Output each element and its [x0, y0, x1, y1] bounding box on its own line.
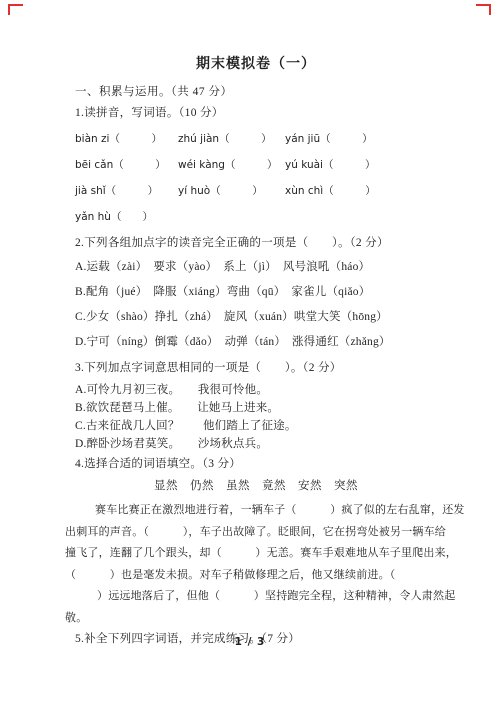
passage-line: 撞飞了，连翻了几个跟头，却（ ）无恙。赛车手艰难地从车子里爬出来， [65, 543, 439, 565]
passage-line: ）远远地落后了，但他（ ）坚持跑完全程，这种精神，令人肃然起 [65, 586, 439, 608]
passage-line: （ ）也是毫发未损。对车子稍做修理之后，他又继续前进。（ [65, 565, 439, 587]
pinyin-blank: jià shǐ（ ） [75, 184, 178, 198]
crop-mark-top-right-icon [476, 4, 491, 15]
question-3-option-d: D.醉卧沙场君莫笑。 沙场秋点兵。 [75, 437, 437, 451]
question-2-heading: 2.下列各组加点字的读音完全正确的一项是（ ）。（2 分） [75, 236, 437, 250]
question-3-heading: 3.下列加点字词意思相同的一项是（ ）。（2 分） [75, 361, 437, 375]
pinyin-blank: yí huò（ ） [178, 184, 285, 198]
question-2-option-a: A.运载（zài） 要求（yào） 系上（jì） 风号浪吼（háo） [75, 260, 437, 274]
section-heading: 一、积累与运用。（共 47 分） [75, 85, 437, 99]
pinyin-blank: yú kuài（ ） [285, 158, 437, 172]
passage-line: 出刺耳的声音。（ ），车子出故障了。眨眼间，它在拐弯处被另一辆车给 [65, 522, 439, 544]
pinyin-blank: biàn zi（ ） [75, 132, 178, 146]
page-indicator: 1 / 3 [0, 636, 500, 648]
question-2-option-c: C.少女（shào）挣扎（zhá） 旋风（xuán）哄堂大笑（hōng） [75, 310, 437, 324]
question-2-option-b: B.配角（jué） 降服（xiáng）弯曲（qū） 家雀儿（qiǎo） [75, 285, 437, 299]
question-2-option-d: D.宁可（níng）倒霉（dǎo） 动弹（tán） 涨得通红（zhǎng） [75, 335, 437, 349]
pinyin-blank: yán jiū（ ） [285, 132, 437, 146]
question-4-heading: 4.选择合适的词语填空。（3 分） [75, 457, 437, 471]
pinyin-blank: xùn chì（ ） [285, 184, 437, 198]
passage-line: 敬。 [65, 608, 439, 630]
pinyin-row: yǎn hù（ ） [75, 210, 437, 224]
pinyin-blank: bēi cǎn（ ） [75, 158, 178, 172]
question-1-heading: 1.读拼音，写词语。（10 分） [75, 106, 437, 120]
pinyin-row: jià shǐ（ ） yí huò（ ） xùn chì（ ） [75, 184, 437, 198]
question-3-option-a: A.可怜九月初三夜。 我很可怜他。 [75, 383, 437, 397]
question-4-passage: 赛车比赛正在激烈地进行着，一辆车子（ ）疯了似的左右乱窜，还发 出刺耳的声音。（… [65, 500, 439, 629]
word-bank: 显然 仍然 虽然 竟然 安然 突然 [75, 479, 437, 493]
question-3-option-b: B.欲饮琵琶马上催。 让她马上进来。 [75, 401, 437, 415]
pinyin-row: biàn zi（ ） zhú jiàn（ ） yán jiū（ ） [75, 132, 437, 146]
exam-title: 期末模拟卷（一） [75, 56, 437, 74]
pinyin-row: bēi cǎn（ ） wéi kàng（ ） yú kuài（ ） [75, 158, 437, 172]
pinyin-blank: wéi kàng（ ） [178, 158, 285, 172]
pinyin-blank: zhú jiàn（ ） [178, 132, 285, 146]
document-content: 期末模拟卷（一） 一、积累与运用。（共 47 分） 1.读拼音，写词语。（10 … [75, 56, 437, 646]
question-3-option-c: C.古来征战几人回？ 他们踏上了征途。 [75, 419, 437, 433]
exam-paper-page: { "accent_red": "#e03131", "header": { "… [0, 0, 500, 707]
pinyin-blank: yǎn hù（ ） [75, 210, 178, 224]
passage-line: 赛车比赛正在激烈地进行着，一辆车子（ ）疯了似的左右乱窜，还发 [65, 500, 439, 522]
crop-mark-top-left-icon [8, 4, 23, 15]
